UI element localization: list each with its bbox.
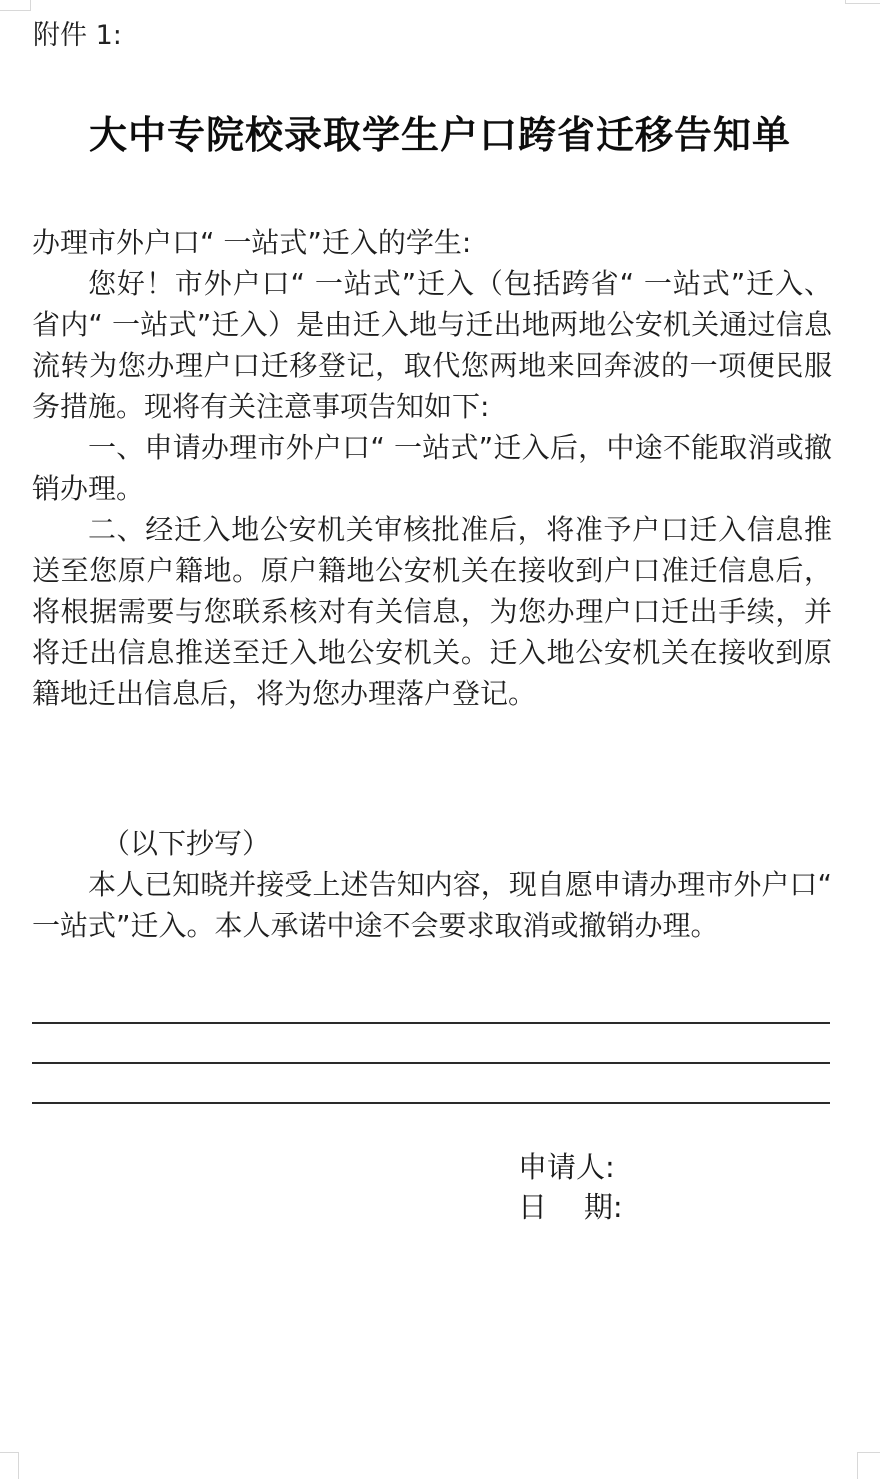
date-field[interactable]: 日 期: — [518, 1187, 623, 1227]
attachment-label: 附件 1: — [33, 18, 122, 54]
handwriting-lines — [32, 1022, 830, 1142]
page-corner-mark-bottom-left — [0, 1452, 19, 1479]
applicant-field[interactable]: 申请人: — [518, 1147, 623, 1187]
intro-paragraph: 您好！市外户口“ 一站式”迁入（包括跨省“ 一站式”迁入、省内“ 一站式”迁入）… — [32, 263, 832, 427]
document-title: 大中专院校录取学生户口跨省迁移告知单 — [0, 110, 880, 160]
handwriting-line[interactable] — [32, 1062, 830, 1064]
page-corner-mark-top-right — [845, 0, 880, 4]
salutation: 办理市外户口“ 一站式”迁入的学生: — [32, 222, 832, 263]
handwriting-line[interactable] — [32, 1102, 830, 1104]
handwriting-line[interactable] — [32, 1022, 830, 1024]
page-corner-mark-bottom-right — [857, 1452, 880, 1479]
notice-body: 办理市外户口“ 一站式”迁入的学生: 您好！市外户口“ 一站式”迁入（包括跨省“… — [32, 222, 832, 714]
notice-item-2: 二、经迁入地公安机关审核批准后，将准予户口迁入信息推送至您原户籍地。原户籍地公安… — [32, 509, 832, 714]
copy-section: （以下抄写） 本人已知晓并接受上述告知内容，现自愿申请办理市外户口“ 一站式”迁… — [32, 823, 832, 946]
signature-block: 申请人: 日 期: — [518, 1147, 623, 1227]
copy-statement: 本人已知晓并接受上述告知内容，现自愿申请办理市外户口“ 一站式”迁入。本人承诺中… — [32, 864, 832, 946]
page-corner-mark-top-left — [0, 0, 31, 11]
notice-item-1: 一、申请办理市外户口“ 一站式”迁入后，中途不能取消或撤销办理。 — [32, 427, 832, 509]
copy-instruction: （以下抄写） — [32, 823, 832, 864]
